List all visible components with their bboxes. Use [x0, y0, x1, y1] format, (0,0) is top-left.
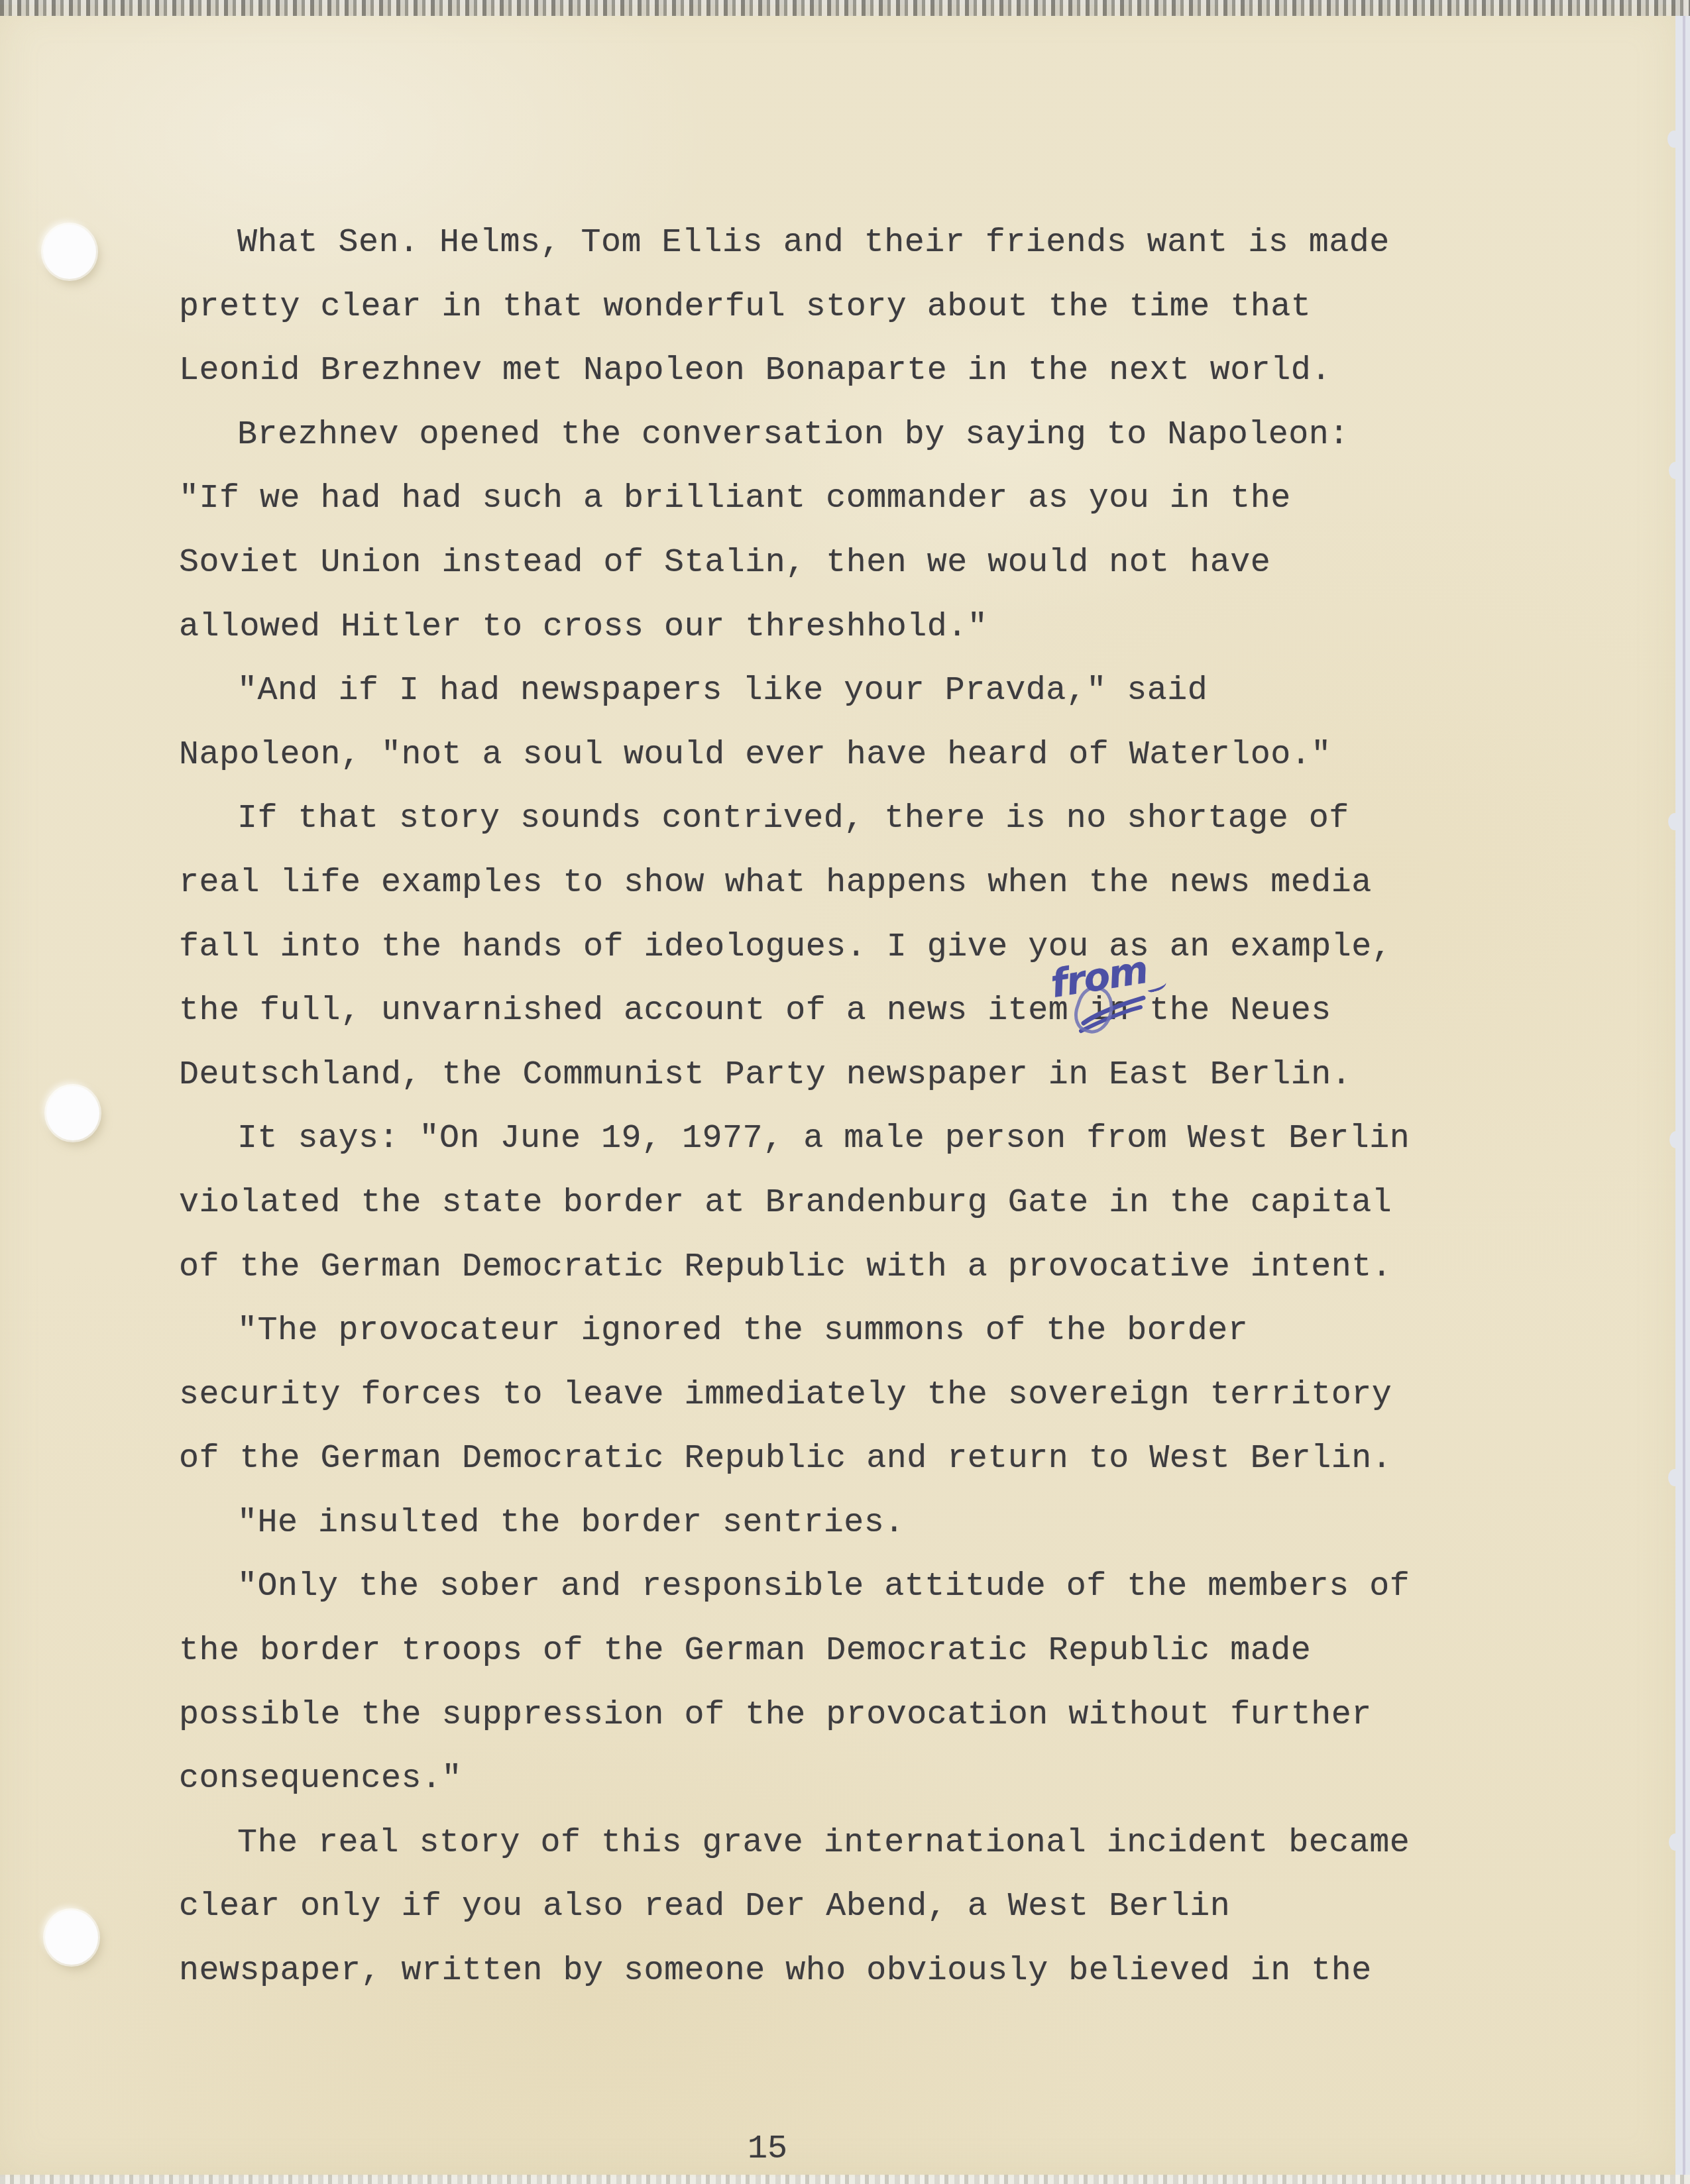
- typed-text: the full, unvarnished account of a news …: [179, 992, 1089, 1030]
- typed-line: Leonid Brezhnev met Napoleon Bonaparte i…: [179, 339, 1412, 404]
- paper-edge-notch: [1667, 131, 1681, 148]
- paper-edge-notch: [1669, 462, 1682, 479]
- paper-edge-notch: [1669, 1833, 1682, 1851]
- typed-line: possible the suppression of the provocat…: [179, 1684, 1412, 1748]
- typed-line: Brezhnev opened the conversation by sayi…: [179, 404, 1412, 468]
- typed-line: "And if I had newspapers like your Pravd…: [179, 659, 1412, 724]
- typed-line: "The provocateur ignored the summons of …: [179, 1299, 1412, 1364]
- punch-hole: [46, 1086, 99, 1140]
- typed-line: allowed Hitler to cross our threshhold.": [179, 596, 1412, 660]
- typed-line: the border troops of the German Democrat…: [179, 1619, 1412, 1684]
- typed-line: of the German Democratic Republic and re…: [179, 1427, 1412, 1492]
- typed-line: Soviet Union instead of Stalin, then we …: [179, 531, 1412, 596]
- scan-edge-line: [1683, 0, 1685, 2184]
- typed-line: the full, unvarnished account of a news …: [179, 979, 1412, 1044]
- typed-line: Napoleon, "not a soul would ever have he…: [179, 724, 1412, 788]
- typed-line: violated the state border at Brandenburg…: [179, 1172, 1412, 1236]
- typed-lines: What Sen. Helms, Tom Ellis and their fri…: [179, 211, 1412, 2004]
- typed-line: of the German Democratic Republic with a…: [179, 1236, 1412, 1300]
- punch-hole: [43, 225, 96, 279]
- typed-line: "Only the sober and responsible attitude…: [179, 1555, 1412, 1619]
- typed-line: Deutschland, the Communist Party newspap…: [179, 1044, 1412, 1108]
- typed-line: newspaper, written by someone who obviou…: [179, 1939, 1412, 2004]
- typed-line: consequences.": [179, 1747, 1412, 1812]
- typed-line: "He insulted the border sentries.: [179, 1492, 1412, 1556]
- typed-line: clear only if you also read Der Abend, a…: [179, 1875, 1412, 1939]
- typed-line: The real story of this grave internation…: [179, 1812, 1412, 1876]
- perforated-top-edge: [0, 0, 1690, 16]
- typed-line: It says: "On June 19, 1977, a male perso…: [179, 1107, 1412, 1172]
- paper-edge-notch: [1668, 1469, 1681, 1486]
- struck-word-wrap: infrom: [1089, 979, 1129, 1044]
- punch-hole: [45, 1910, 98, 1965]
- perforated-bottom-edge: [0, 2175, 1690, 2184]
- typed-line: security forces to leave immediately the…: [179, 1364, 1412, 1428]
- typewritten-page: What Sen. Helms, Tom Ellis and their fri…: [0, 5, 1675, 2177]
- typed-line: If that story sounds contrived, there is…: [179, 787, 1412, 851]
- typed-text: the Neues: [1129, 992, 1331, 1030]
- typed-line: What Sen. Helms, Tom Ellis and their fri…: [179, 211, 1412, 276]
- typed-line: pretty clear in that wonderful story abo…: [179, 276, 1412, 340]
- page-number: 15: [748, 2130, 787, 2168]
- paper-edge-notch: [1668, 813, 1681, 830]
- typed-line: real life examples to show what happens …: [179, 851, 1412, 916]
- typed-line: fall into the hands of ideologues. I giv…: [179, 916, 1412, 980]
- paper-edge-notch: [1669, 1131, 1683, 1148]
- typed-line: "If we had had such a brilliant commande…: [179, 467, 1412, 531]
